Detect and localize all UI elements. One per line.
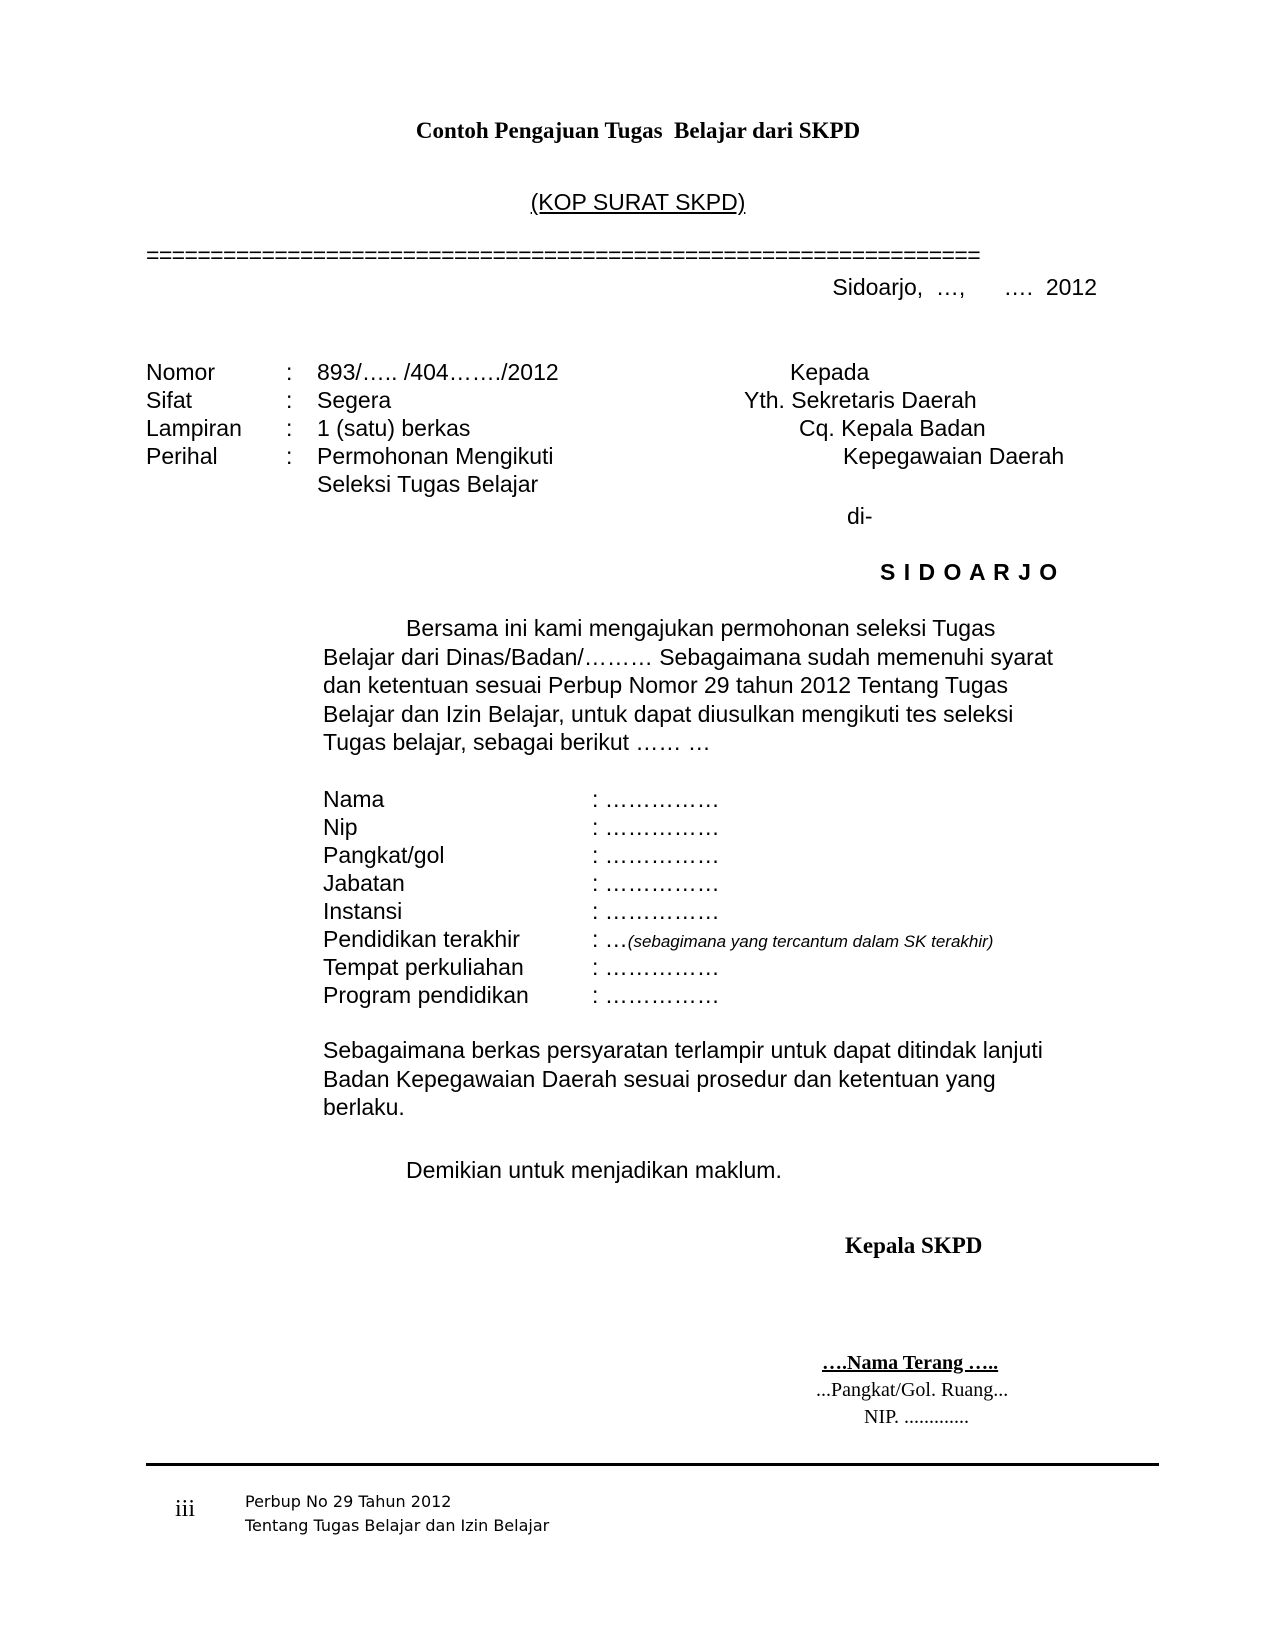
footer-line-2: Tentang Tugas Belajar dan Izin Belajar [245,1514,549,1538]
paragraph-line: dan ketentuan sesuai Perbup Nomor 29 tah… [323,671,1119,700]
meta-colon: : [286,442,292,470]
signature-name: ….Nama Terang ….. [822,1352,998,1375]
meta-colon: : [286,414,292,442]
paragraph-line: Tugas belajar, sebagai berikut …… … [323,728,1119,757]
document-title: Contoh Pengajuan Tugas Belajar dari SKPD [0,118,1276,144]
meta-value-perihal: Permohonan Mengikuti [317,442,554,470]
meta-value-perihal-cont: Seleksi Tugas Belajar [317,470,538,498]
meta-value-lampiran: 1 (satu) berkas [317,414,470,442]
footer-divider [146,1463,1159,1466]
body-paragraph-intro: Bersama ini kami mengajukan permohonan s… [323,614,1119,757]
paragraph-line: Badan Kepegawaian Daerah sesuai prosedur… [323,1065,1119,1094]
meta-label-perihal: Perihal [146,442,218,470]
separator-line: ========================================… [146,242,980,269]
footer-line-1: Perbup No 29 Tahun 2012 [245,1490,451,1514]
paragraph-line: berlaku. [323,1093,1119,1122]
recipient-city: S I D O A R J O [880,558,1058,586]
field-value-pendidikan: : …(sebagimana yang tercantum dalam SK t… [592,925,993,956]
field-value-nama: : …………… [592,785,720,813]
field-value-program: : …………… [592,981,720,1009]
recipient-dept: Kepegawaian Daerah [843,442,1064,470]
recipient-name: Yth. Sekretaris Daerah [744,386,977,414]
meta-value-sifat: Segera [317,386,391,414]
letterhead-placeholder: (KOP SURAT SKPD) [0,188,1276,216]
recipient-kepada: Kepada [790,358,869,386]
closing-sentence: Demikian untuk menjadikan maklum. [406,1156,782,1184]
date-line: Sidoarjo, …, …. 2012 [832,273,1097,301]
field-note: (sebagimana yang tercantum dalam SK tera… [628,932,994,951]
field-label-pendidikan: Pendidikan terakhir [323,925,520,953]
meta-colon: : [286,358,292,386]
paragraph-line: Belajar dan Izin Belajar, untuk dapat di… [323,700,1119,729]
meta-label-nomor: Nomor [146,358,215,386]
field-value-instansi: : …………… [592,897,720,925]
meta-colon: : [286,386,292,414]
field-label-nama: Nama [323,785,384,813]
field-label-program: Program pendidikan [323,981,529,1009]
meta-label-lampiran: Lampiran [146,414,242,442]
field-value-jabatan: : …………… [592,869,720,897]
paragraph-line: Belajar dari Dinas/Badan/……… Sebagaimana… [323,643,1119,672]
field-label-jabatan: Jabatan [323,869,405,897]
meta-label-sifat: Sifat [146,386,192,414]
signature-position: Kepala SKPD [845,1233,982,1259]
field-label-nip: Nip [323,813,358,841]
meta-value-nomor: 893/….. /404……./2012 [317,358,559,386]
recipient-di: di- [847,502,873,530]
field-label-pangkat: Pangkat/gol [323,841,444,869]
paragraph-line: Sebagaimana berkas persyaratan terlampir… [323,1036,1119,1065]
signature-nip: NIP. ............. [864,1406,969,1429]
paragraph-line: Bersama ini kami mengajukan permohonan s… [323,614,1119,643]
body-paragraph-attachment: Sebagaimana berkas persyaratan terlampir… [323,1036,1119,1122]
field-value-nip: : …………… [592,813,720,841]
field-label-tempat: Tempat perkuliahan [323,953,524,981]
field-label-instansi: Instansi [323,897,402,925]
recipient-cq: Cq. Kepala Badan [799,414,986,442]
signature-rank: ...Pangkat/Gol. Ruang... [816,1379,1008,1402]
field-value-tempat: : …………… [592,953,720,981]
page-number: iii [175,1496,195,1523]
field-value-text: : … [592,926,628,952]
field-value-pangkat: : …………… [592,841,720,869]
